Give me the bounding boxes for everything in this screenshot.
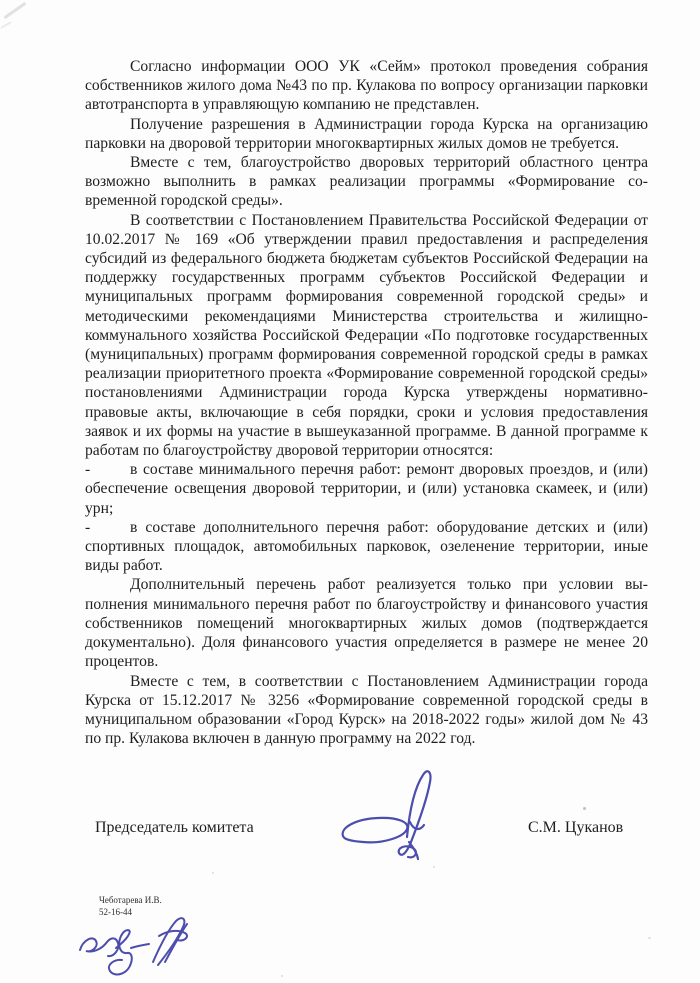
paragraph-protocol-not-provided: Согласно информации ООО УК «Сейм» проток… <box>85 57 648 115</box>
paragraph-program-intro: Вместе с тем, благоустройство дворовых т… <box>85 153 648 211</box>
paragraph-financial-participation: Дополнительный перечень работ реализуетс… <box>85 575 648 671</box>
paragraph-legal-basis: В соответствии с Постановлением Правител… <box>85 211 648 461</box>
scan-speck <box>583 807 586 810</box>
paragraph-permission-not-required: Получение разрешения в Администрации гор… <box>85 115 648 153</box>
scan-speck <box>433 866 435 868</box>
scan-speck <box>648 937 651 939</box>
list-dash-marker: - <box>85 460 130 479</box>
executor-info: Чеботарева И.В. 52-16-44 <box>99 894 162 918</box>
scan-speck <box>281 975 283 977</box>
executor-phone: 52-16-44 <box>99 906 162 918</box>
paragraph-house-included-2022: Вместе с тем, в соответствии с Постановл… <box>85 672 648 749</box>
list-item-text: в составе минимального перечня работ: ре… <box>85 461 648 516</box>
signatory-name: С.М. Цуканов <box>528 819 623 837</box>
letter-body: Согласно информации ООО УК «Сейм» проток… <box>85 57 648 748</box>
scan-speck <box>212 872 214 874</box>
list-item-additional-works: -в составе дополнительного перечня работ… <box>85 518 648 576</box>
list-item-text: в составе дополнительного перечня работ:… <box>85 519 648 574</box>
list-item-minimal-works: -в составе минимального перечня работ: р… <box>85 460 648 518</box>
chairman-signature-ink-icon <box>333 758 458 866</box>
executor-signature-ink-icon <box>73 914 203 982</box>
scan-smudge <box>3 2 26 19</box>
signatory-position: Председатель комитета <box>95 819 254 837</box>
executor-name: Чеботарева И.В. <box>99 894 162 906</box>
scanned-letter-page: Согласно информации ООО УК «Сейм» проток… <box>0 0 700 983</box>
scan-smudge <box>0 21 11 29</box>
list-dash-marker: - <box>85 518 130 537</box>
signature-row: Председатель комитета С.М. Цуканов <box>0 819 700 841</box>
